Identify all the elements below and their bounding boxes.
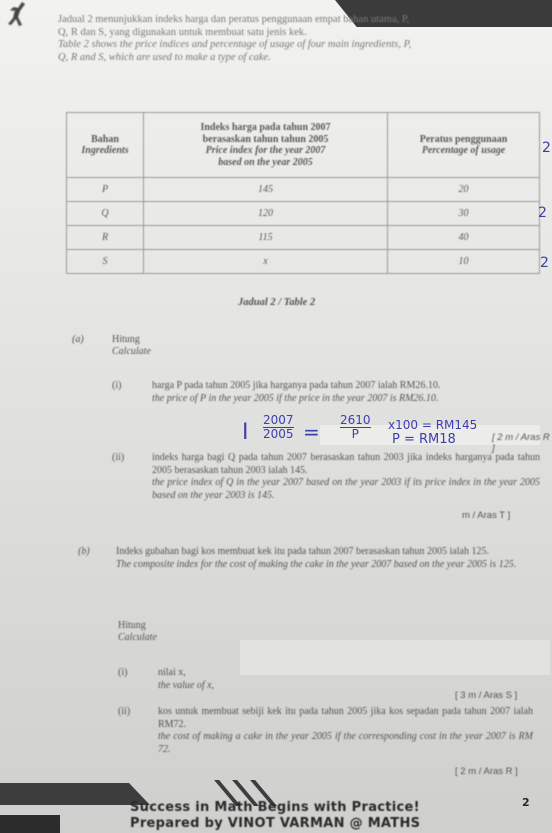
part-b-q1-number: (i) bbox=[118, 667, 127, 678]
part-a-q1-marks: [ 2 m / Aras R ] bbox=[492, 432, 552, 454]
part-b-text: Indeks gubahan bagi kos membuat kek itu … bbox=[116, 546, 536, 571]
part-b-q2-marks: [ 2 m / Aras R ] bbox=[455, 766, 518, 777]
part-a-label: (a) bbox=[72, 334, 84, 345]
header-percentage-usage: Peratus penggunaan Percentage of usage bbox=[388, 113, 540, 178]
table-caption: Jadual 2 / Table 2 bbox=[238, 297, 315, 308]
part-b-hitung: Hitung bbox=[118, 620, 146, 631]
table-row: R 115 40 bbox=[67, 226, 540, 250]
part-a-calculate: Calculate bbox=[112, 346, 151, 357]
running-figure-logo-icon bbox=[4, 0, 28, 32]
header-price-index: Indeks harga pada tahun 2007 berasaskan … bbox=[144, 113, 388, 178]
part-a-q1-number: (i) bbox=[112, 380, 121, 391]
part-a-hitung: Hitung bbox=[112, 334, 140, 345]
question-intro: Jadual 2 menunjukkan indeks harga dan pe… bbox=[58, 14, 411, 64]
footer-slogan: Success in Math Begins with Practice! bbox=[130, 800, 420, 815]
handwritten-fraction-years: 2007 2005 bbox=[263, 414, 294, 441]
header-ingredients: Bahan Ingredients bbox=[67, 113, 144, 178]
part-b-q2-text: kos untuk membuat sebiji kek itu pada ta… bbox=[158, 706, 533, 756]
part-b-calculate: Calculate bbox=[118, 632, 157, 643]
part-b-q1-text: nilai x, the value of x, bbox=[158, 667, 358, 692]
part-b-q2-number: (ii) bbox=[118, 706, 130, 717]
intro-en-line2: Q, R and S, which are used to make a typ… bbox=[58, 52, 411, 65]
intro-ms-line1: Jadual 2 menunjukkan indeks harga dan pe… bbox=[58, 14, 411, 27]
footer-credit: Prepared by VINOT VARMAN @ MATHS bbox=[130, 816, 420, 831]
part-a-q2-number: (ii) bbox=[112, 452, 124, 463]
footer-banner-bar bbox=[0, 783, 150, 805]
handwritten-i: I bbox=[242, 420, 249, 445]
handwritten-fraction-price: 2610 P bbox=[340, 414, 371, 441]
handwritten-working-1: x100 = RM145 bbox=[388, 418, 477, 432]
table-2: Bahan Ingredients Indeks harga pada tahu… bbox=[66, 112, 540, 274]
margin-annotation: 2 bbox=[538, 205, 547, 221]
table-header-row: Bahan Ingredients Indeks harga pada tahu… bbox=[67, 113, 540, 178]
part-b-label: (b) bbox=[78, 546, 90, 557]
margin-annotation: 2 bbox=[542, 140, 551, 156]
table-row: S x 10 bbox=[67, 250, 540, 274]
part-a-q2-marks: m / Aras T ] bbox=[462, 510, 510, 521]
part-a-q1-text: harga P pada tahun 2005 jika harganya pa… bbox=[152, 380, 540, 405]
part-a-q2-text: indeks harga bagi Q pada tahun 2007 bera… bbox=[152, 452, 540, 502]
footer-banner-bar bbox=[0, 815, 60, 833]
table-row: P 145 20 bbox=[67, 178, 540, 202]
handwritten-working-2: P = RM18 bbox=[392, 432, 456, 447]
part-b-q1-marks: [ 3 m / Aras S ] bbox=[455, 690, 517, 701]
intro-ms-line2: Q, R dan S, yang digunakan untuk membuat… bbox=[58, 27, 411, 40]
intro-en-line1: Table 2 shows the price indices and perc… bbox=[58, 39, 411, 52]
table-row: Q 120 30 bbox=[67, 202, 540, 226]
handwritten-equals: = bbox=[303, 420, 320, 444]
page-number: 2 bbox=[522, 796, 530, 809]
margin-annotation: 2 bbox=[540, 255, 549, 271]
